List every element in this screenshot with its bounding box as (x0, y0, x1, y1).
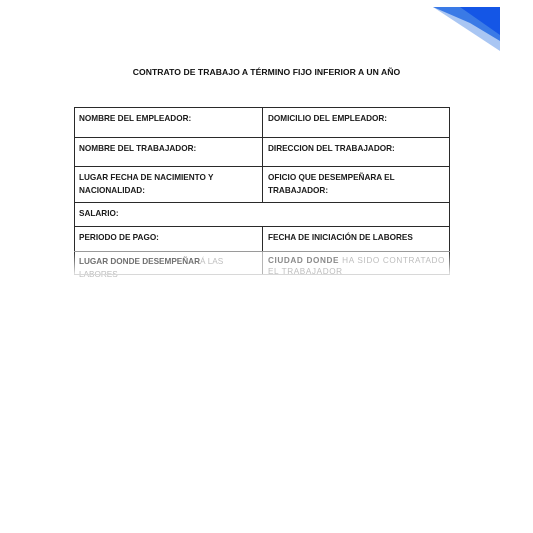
corner-decoration-icon (430, 5, 502, 53)
field-hiring-city[interactable]: CIUDAD DONDE HA SIDO CONTRATADO EL TRABA… (262, 252, 450, 275)
table-row: SALARIO: (74, 202, 450, 226)
field-work-location[interactable]: LUGAR DONDE DESEMPEÑARÁ LAS LABORES (74, 252, 262, 275)
field-birth-place-date-nationality[interactable]: LUGAR FECHA DE NACIMIENTO Y NACIONALIDAD… (74, 167, 262, 202)
field-label-part: CIUDAD DONDE (268, 256, 339, 265)
document-page: CONTRATO DE TRABAJO A TÉRMINO FIJO INFER… (0, 0, 533, 533)
document-title: CONTRATO DE TRABAJO A TÉRMINO FIJO INFER… (0, 67, 533, 77)
field-worker-name[interactable]: NOMBRE DEL TRABAJADOR: (74, 138, 262, 166)
table-border (74, 274, 450, 275)
field-employer-name[interactable]: NOMBRE DEL EMPLEADOR: (74, 108, 262, 137)
field-payment-period[interactable]: PERIODO DE PAGO: (74, 227, 262, 251)
table-row: LUGAR FECHA DE NACIMIENTO Y NACIONALIDAD… (74, 166, 450, 202)
field-employer-address[interactable]: DOMICILIO DEL EMPLEADOR: (262, 108, 450, 137)
field-worker-address[interactable]: DIRECCION DEL TRABAJADOR: (262, 138, 450, 166)
field-label-part: LUGAR DONDE DESEMPEÑAR (79, 257, 200, 266)
table-row: NOMBRE DEL EMPLEADOR: DOMICILIO DEL EMPL… (74, 107, 450, 137)
field-salary[interactable]: SALARIO: (74, 203, 450, 226)
table-row: NOMBRE DEL TRABAJADOR: DIRECCION DEL TRA… (74, 137, 450, 166)
table-row: LUGAR DONDE DESEMPEÑARÁ LAS LABORES CIUD… (74, 251, 450, 275)
field-worker-occupation[interactable]: OFICIO QUE DESEMPEÑARA EL TRABAJADOR: (262, 167, 450, 202)
table-row: PERIODO DE PAGO: FECHA DE INICIACIÓN DE … (74, 226, 450, 251)
field-start-date[interactable]: FECHA DE INICIACIÓN DE LABORES (262, 227, 450, 251)
contract-table: NOMBRE DEL EMPLEADOR: DOMICILIO DEL EMPL… (74, 107, 450, 275)
